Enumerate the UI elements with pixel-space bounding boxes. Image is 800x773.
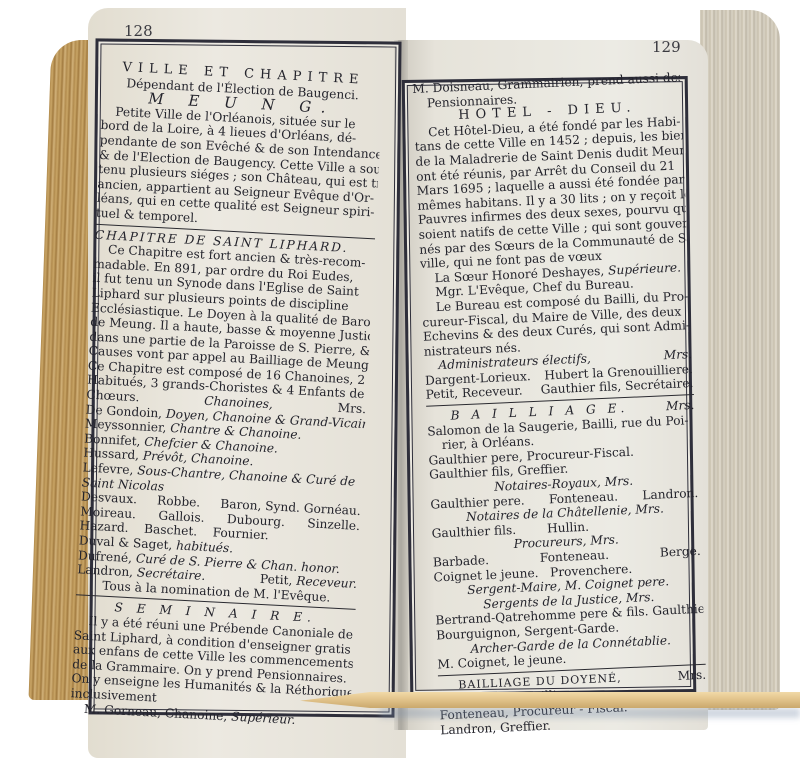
hotel-dieu-paragraph: Cet Hôtel-Dieu, a été fondé par les Habi…: [414, 114, 688, 271]
chapitre-paragraph: Ce Chapitre est fort ancien & très-recom…: [86, 242, 374, 417]
pencil: [300, 692, 800, 708]
open-book-photo: 128 129 VILLE ET CHAPITRE Dépendant de l…: [0, 0, 800, 773]
page-edges-right: [700, 10, 780, 710]
page-number-left: 128: [124, 22, 153, 40]
seminaire-paragraph: Il y a été réuni une Prébende Canoniale …: [70, 613, 355, 730]
right-page-text: M. Doisneau, Grammairien, prend aussi de…: [412, 70, 708, 737]
page-number-right: 129: [652, 38, 681, 56]
pencil-shadow: [380, 708, 800, 718]
left-page-text: VILLE ET CHAPITRE Dépendant de l'Électio…: [70, 60, 384, 730]
intro-paragraph: Petite Ville de l'Orléanois, située sur …: [96, 104, 382, 235]
chanoines-list: De Gondoin, Doyen, Chanoine & Grand-Vica…: [76, 402, 366, 606]
